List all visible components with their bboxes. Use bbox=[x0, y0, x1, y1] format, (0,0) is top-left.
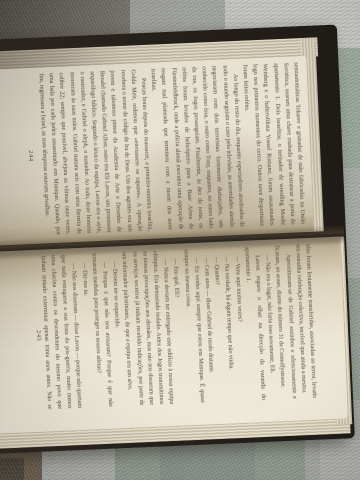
paragraph: — Nunca deviam ter entregado este edifíc… bbox=[119, 250, 177, 406]
paragraph: semiautomáticas Tokarev e granadas de mã… bbox=[239, 62, 307, 227]
paragraph: Ao longo do resto do dia, enquanto espec… bbox=[147, 65, 246, 231]
photo-of-open-book: semiautomáticas Tokarev e granadas de mã… bbox=[0, 0, 360, 480]
open-book: semiautomáticas Tokarev e granadas de mã… bbox=[0, 0, 360, 480]
left-page-text: semiautomáticas Tokarev e granadas de mã… bbox=[35, 62, 308, 235]
right-page-text: idas foram lentamente transferidas, asso… bbox=[38, 244, 319, 410]
paragraph: Poucas horas depois do massacre, a prime… bbox=[35, 69, 154, 236]
paragraph: — Não nos disseram — disse Lavon — porqu… bbox=[38, 254, 85, 410]
book-scene: semiautomáticas Tokarev e granadas de mã… bbox=[0, 0, 360, 480]
